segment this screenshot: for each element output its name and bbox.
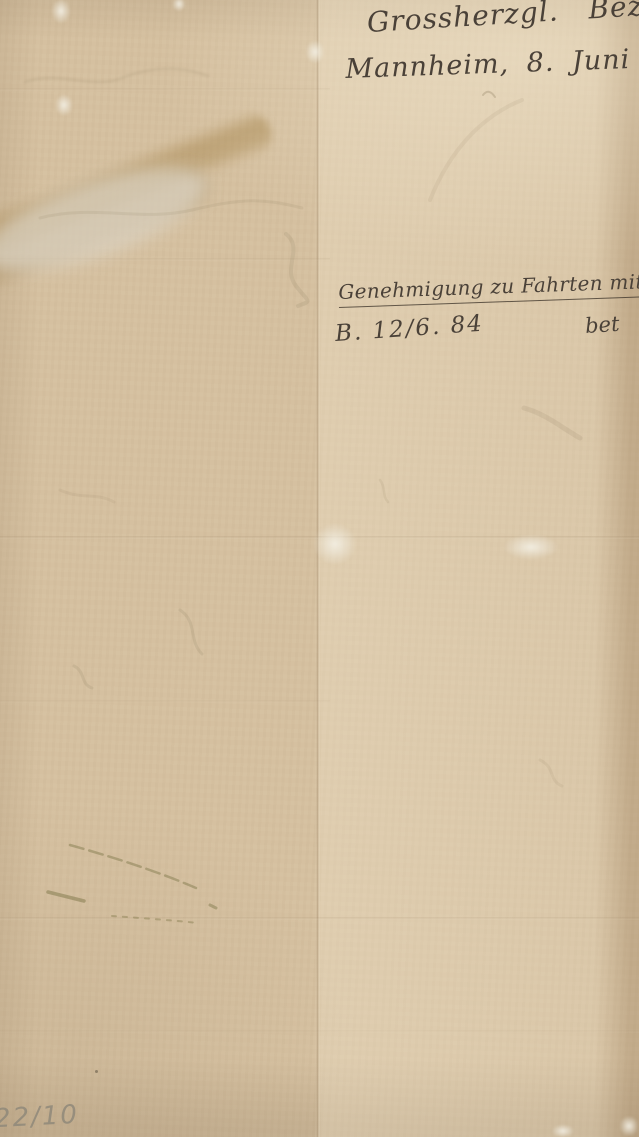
wear-patch-top-left-2: [52, 90, 76, 120]
headline-office: Grossherzgl. Bezirksa: [366, 0, 639, 39]
subject-annotation: Genehmigung zu Fahrten mit Mo: [338, 268, 639, 308]
file-date-note: B. 12/6. 84: [334, 311, 485, 347]
ink-speck: [95, 1070, 98, 1073]
betreff-note: bet: [584, 312, 620, 338]
wear-patch-bottom-1: [548, 1122, 578, 1137]
wear-patch-fold-top: [302, 36, 328, 68]
wear-patch-right-center: [494, 530, 568, 564]
pencil-archive-number: 22/10: [0, 1100, 80, 1134]
headline-place-date: Mannheim, 8. Juni 18: [345, 42, 639, 85]
horizontal-crease-lower-left: [0, 700, 330, 703]
paper-sheet: Grossherzgl. Bezirksa Mannheim, 8. Juni …: [0, 0, 639, 1137]
horizontal-crease-top: [0, 88, 330, 91]
horizontal-crease-bottom: [0, 1030, 639, 1033]
wear-patch-top-edge: [170, 0, 188, 14]
wear-patch-bottom-2: [616, 1112, 639, 1137]
wear-patch-fold-center: [306, 516, 364, 572]
horizontal-crease-lower: [0, 917, 639, 920]
wear-patch-top-left-1: [48, 0, 74, 28]
